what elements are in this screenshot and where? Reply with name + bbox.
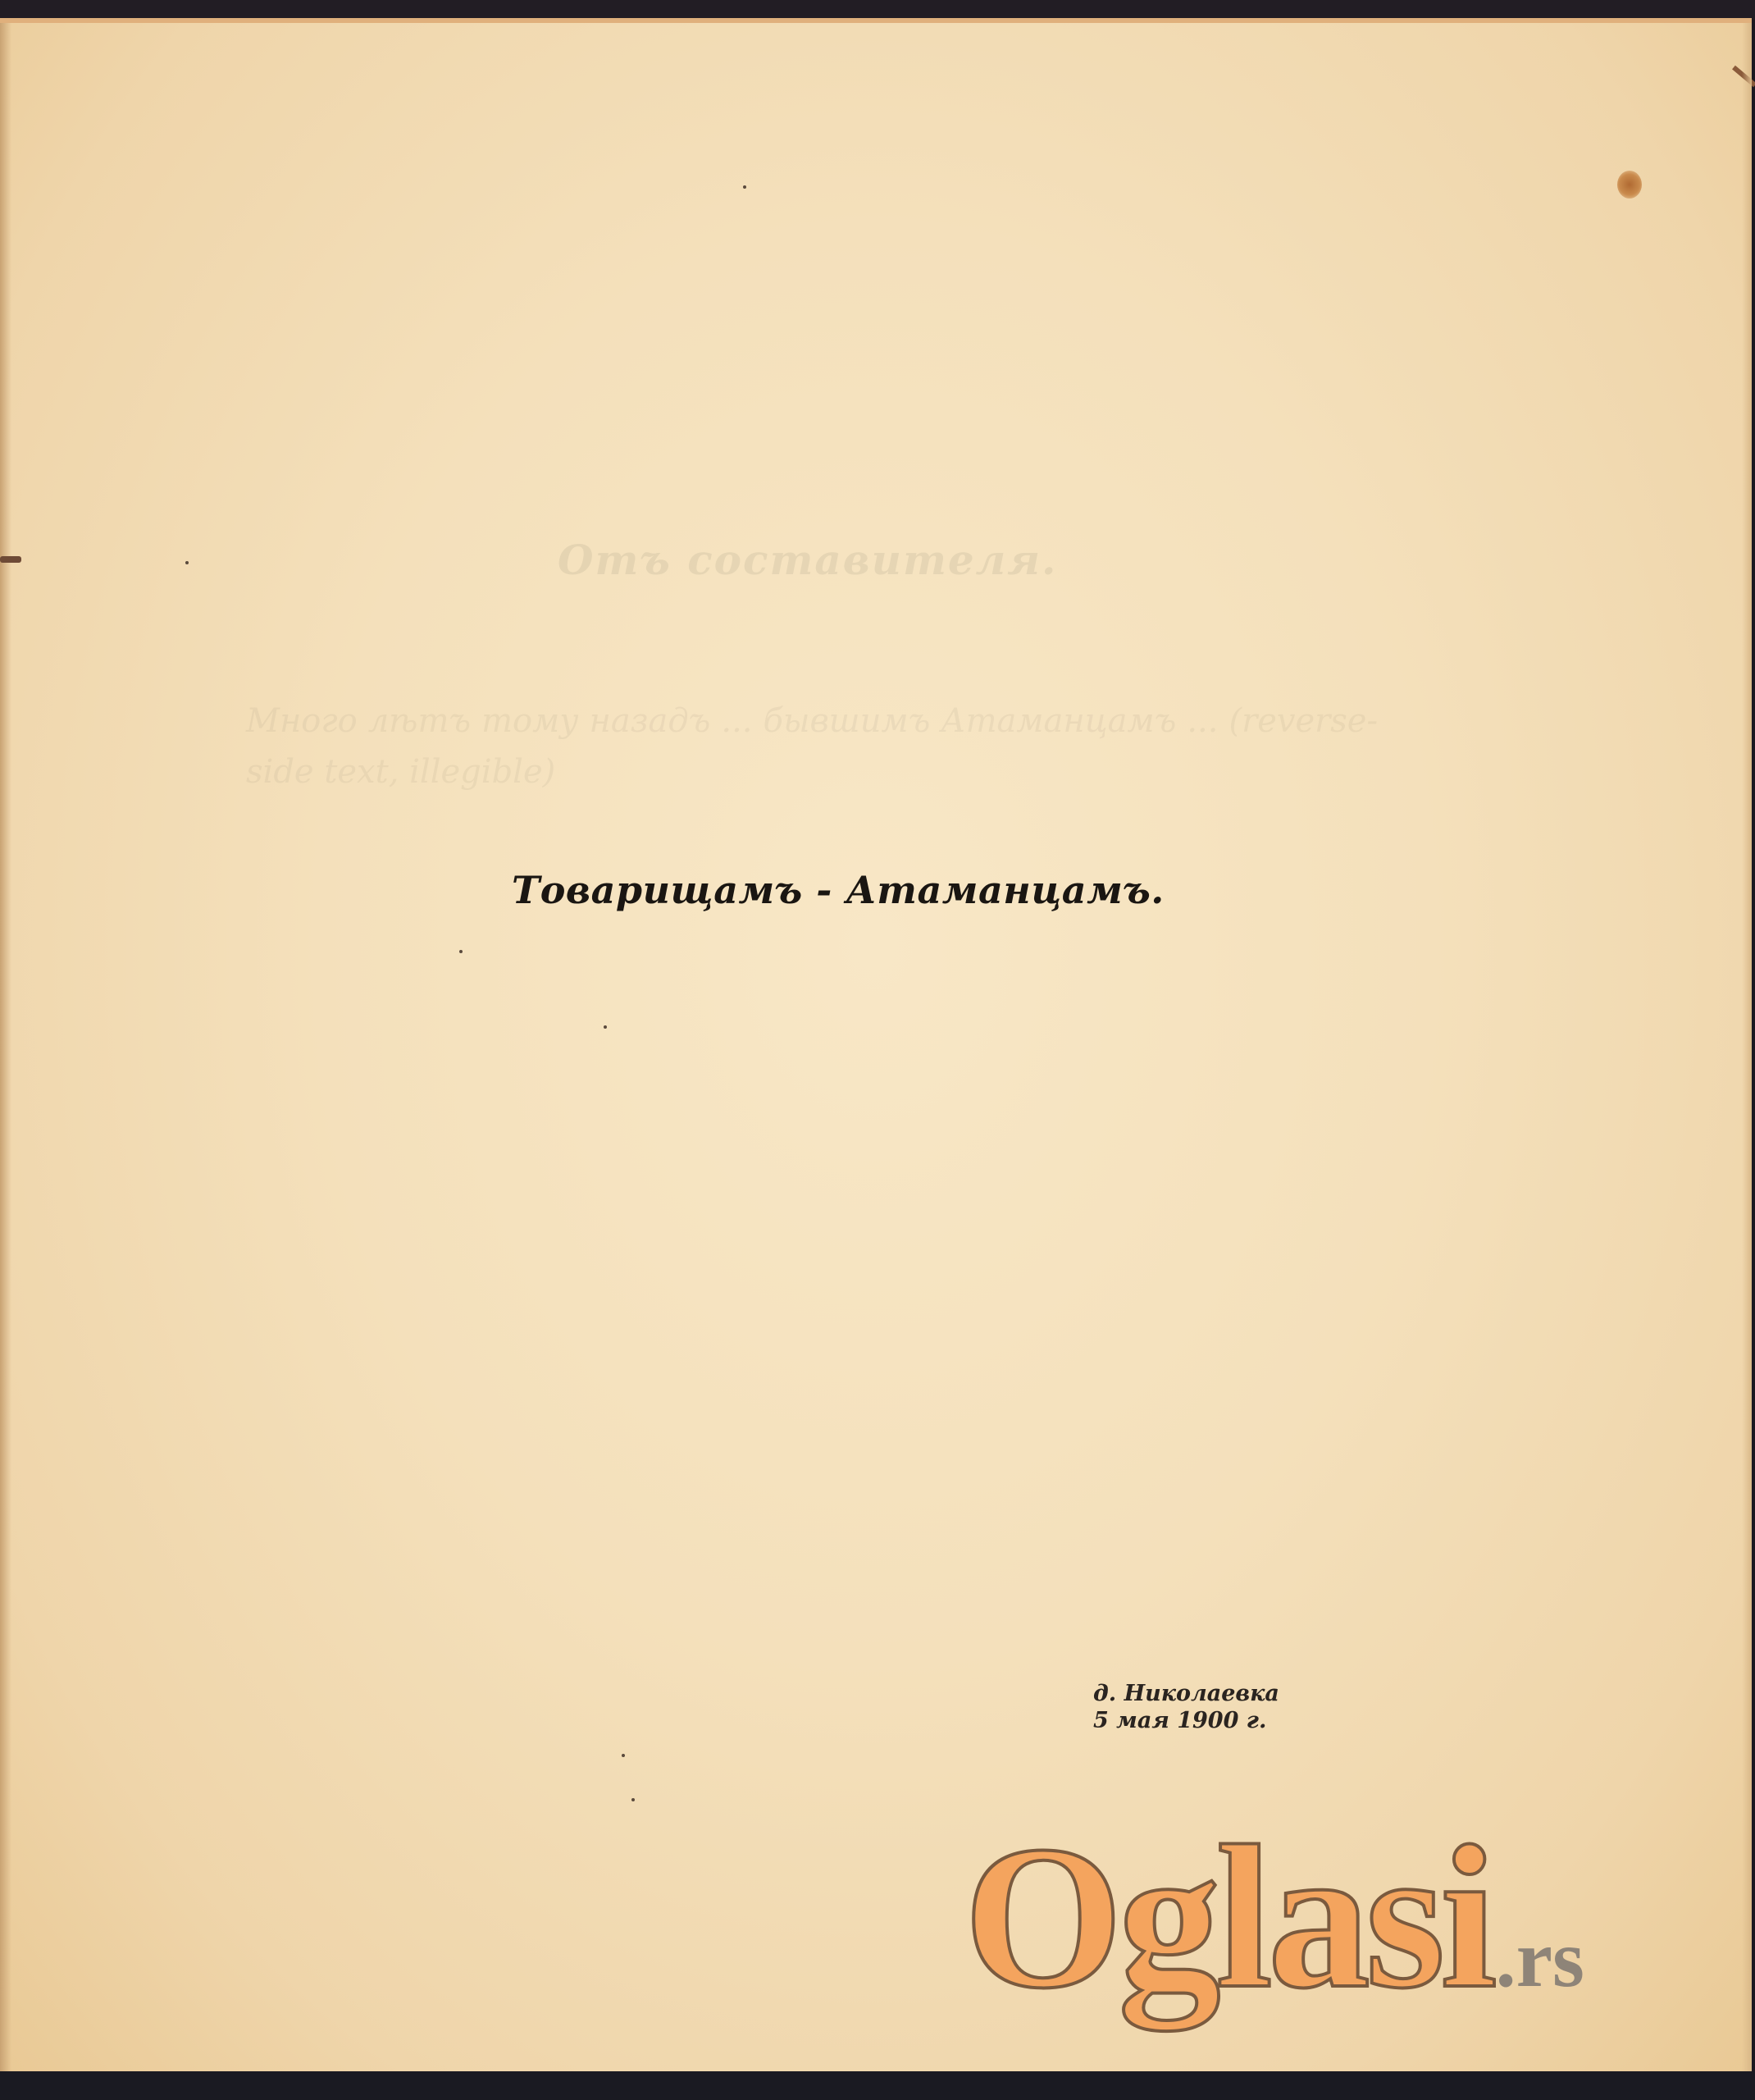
stain-spot: [1617, 171, 1642, 199]
place-line: д. Николаевка: [1093, 1680, 1279, 1707]
speck: [622, 1754, 625, 1757]
scan-top-border: [0, 0, 1755, 20]
binding-mark: [0, 556, 21, 563]
dedication-title: Товарищамъ - Атаманцамъ.: [512, 868, 1165, 912]
watermark-brand: Oglasi: [964, 1815, 1493, 2020]
place-date-block: д. Николаевка 5 мая 1900 г.: [1093, 1680, 1279, 1734]
speck: [604, 1025, 607, 1029]
speck: [631, 1798, 635, 1801]
speck: [185, 561, 189, 564]
speck: [459, 950, 463, 953]
scan-bottom-border: [0, 2071, 1755, 2100]
date-line: 5 мая 1900 г.: [1093, 1707, 1279, 1734]
document-page: Отъ составителя. Много лѣтъ тому назадъ …: [0, 18, 1752, 2072]
corner-crease: [1732, 66, 1755, 87]
oglasi-watermark-logo: Oglasi .rs: [964, 1815, 1584, 2020]
speck: [743, 185, 746, 189]
bleed-through-heading: Отъ составителя.: [558, 536, 1132, 584]
watermark-tld: .rs: [1496, 1911, 1584, 2006]
bleed-through-body: Много лѣтъ тому назадъ ... бывшимъ Атама…: [246, 696, 1378, 797]
